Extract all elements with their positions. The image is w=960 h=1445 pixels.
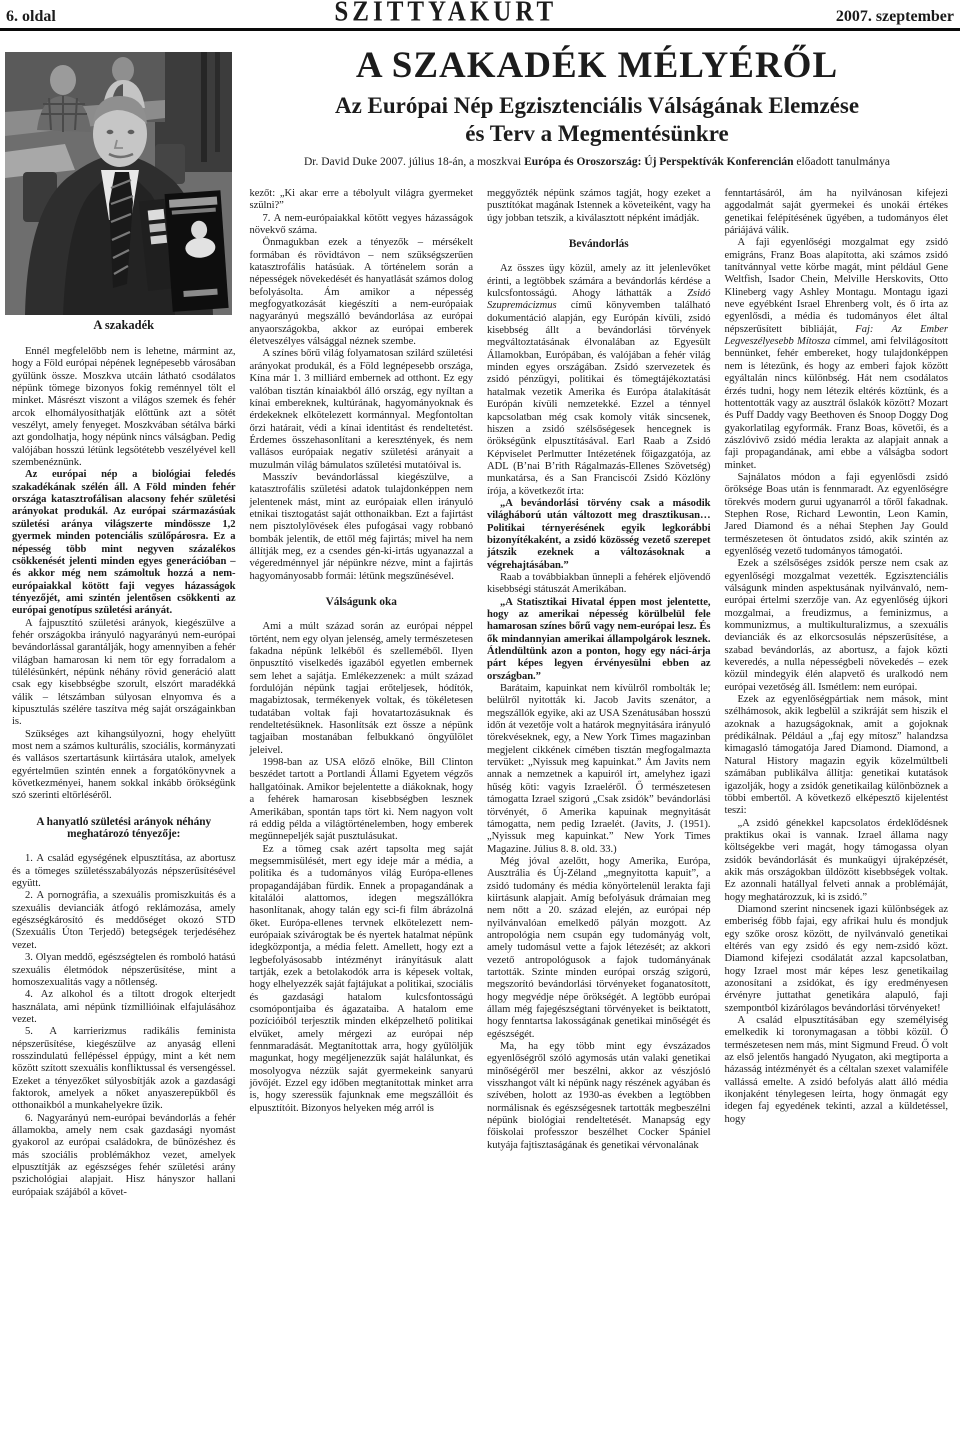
paragraph: 5. A karrierizmus radikális feminista né… <box>12 1026 236 1112</box>
text-run: címmel, ami felvilágosított bennünket, f… <box>725 336 949 470</box>
paragraph: Diamond szerint nincsenek igazi különbsé… <box>725 904 949 1015</box>
paragraph: A színes bőrű világ folyamatosan szilárd… <box>250 348 474 471</box>
byline-suffix: előadott tanulmánya <box>794 156 890 168</box>
column-3: meggyőzték népünk számos tagját, hogy ez… <box>480 188 718 1445</box>
byline-prefix: Dr. David Duke 2007. július 18-án, a mos… <box>304 156 524 168</box>
photo-caption: A szakadék <box>12 318 236 333</box>
paragraph: 6. Nagyarányú nem-európai bevándorlás a … <box>12 1113 236 1199</box>
paragraph: Barátaim, kapuinkat nem kívülről rombolt… <box>487 683 711 856</box>
paragraph: 3. Olyan meddő, egészségtelen és romboló… <box>12 952 236 989</box>
paragraph: meggyőzték népünk számos tagját, hogy ez… <box>487 188 711 225</box>
paragraph: A faji egyenlőségi mozgalmat egy zsidó e… <box>725 237 949 472</box>
page-number: 6. oldal <box>6 8 56 26</box>
newspaper-page: { "header": { "page_number": "6. oldal",… <box>0 0 960 1445</box>
paragraph: Ez a tömeg csak azért tapsolta meg saját… <box>250 844 474 1116</box>
paragraph: „A zsidó génekkel kapcsolatos érdeklődés… <box>725 818 949 904</box>
article-body: A szakadék Ennél megfelelőbb nem is lehe… <box>0 188 960 1445</box>
masthead-row: 6. oldal SZITTYAKÜRT 2007. szeptember <box>0 0 960 31</box>
paragraph: „A Statisztikai Hivatal éppen most jelen… <box>487 597 711 683</box>
paragraph: 7. A nem-európaiakkal kötött vegyes háza… <box>250 213 474 238</box>
text-run: című könyvemben található dokumentáció a… <box>487 300 711 496</box>
paragraph: Raab a továbbiakban ünnepli a fehérek el… <box>487 572 711 597</box>
paragraph: Még jóval azelőtt, hogy Amerika, Európa,… <box>487 856 711 1041</box>
paragraph: 1998-ban az USA előző elnöke, Bill Clint… <box>250 757 474 843</box>
text-run: Az összes ügy közül, amely az itt jelenl… <box>487 263 711 299</box>
article-subtitle: Az Európai Nép Egzisztenciális Válságána… <box>240 92 954 147</box>
masthead-title: SZITTYAKÜRT <box>334 0 557 26</box>
column-4: fenntartásáról, ám ha nyilvánosan kifeje… <box>718 188 956 1445</box>
paragraph: Szükséges azt kihangsúlyozni, hogy ehely… <box>12 729 236 803</box>
article-subtitle-line1: Az Európai Nép Egzisztenciális Válságána… <box>240 92 954 120</box>
paragraph: 4. Az alkohol és a tiltott drogok elterj… <box>12 989 236 1026</box>
article-header: A SZAKADÉK MÉLYÉRŐL Az Európai Nép Egzis… <box>240 31 954 188</box>
paragraph: Az összes ügy közül, amely az itt jelenl… <box>487 263 711 498</box>
column-2: kezőt: „Ki akar erre a tébolyult világra… <box>243 188 481 1445</box>
byline-conference: Európa és Oroszország: Új Perspektívák K… <box>524 156 793 168</box>
paragraph: fenntartásáról, ám ha nyilvánosan kifeje… <box>725 188 949 237</box>
article-subtitle-line2: és Terv a Megmentésünkre <box>240 120 954 148</box>
paragraph: Masszív bevándorlással kiegészülve, a ka… <box>250 472 474 583</box>
paragraph: kezőt: „Ki akar erre a tébolyult világra… <box>250 188 474 213</box>
paragraph: A fajpusztító születési arányok, kiegész… <box>12 618 236 729</box>
paragraph: Ami a múlt század során az európai néppe… <box>250 621 474 757</box>
paragraph: 1. A család egységének elpusztítása, az … <box>12 853 236 890</box>
column-1: A szakadék Ennél megfelelőbb nem is lehe… <box>5 188 243 1445</box>
paragraph: Önmagukban ezek a tényezők – mérsékelt f… <box>250 237 474 348</box>
issue-date: 2007. szeptember <box>836 8 954 26</box>
section-heading: Válságunk oka <box>250 596 474 608</box>
paragraph: Sajnálatos módon a faji egyenlősdi zsidó… <box>725 472 949 558</box>
paragraph: A család elpusztításában egy személyiség… <box>725 1015 949 1126</box>
paragraph: Ezek az egyenlőségpártiak nem mások, min… <box>725 694 949 817</box>
section-heading: Bevándorlás <box>487 238 711 250</box>
paragraph: Ma, ha egy több mint egy évszázados egye… <box>487 1041 711 1152</box>
paragraph: Ennél megfelelőbb nem is lehetne, mármin… <box>12 346 236 469</box>
article-title: A SZAKADÉK MÉLYÉRŐL <box>240 47 954 84</box>
paragraph: Ezek a szélsőséges zsidók persze nem csa… <box>725 558 949 694</box>
text-run: A faji egyenlőségi mozgalmat egy zsidó e… <box>725 237 949 334</box>
article-byline: Dr. David Duke 2007. július 18-án, a mos… <box>240 156 954 168</box>
photo-spacer <box>12 188 236 318</box>
paragraph: 2. A pornográfia, a szexuális promiszkui… <box>12 890 236 952</box>
paragraph: Az európai nép a biológiai feledés szaka… <box>12 469 236 617</box>
section-heading: A hanyatló születési arányok néhány megh… <box>12 816 236 841</box>
paragraph: „A bevándorlási törvény csak a második v… <box>487 498 711 572</box>
